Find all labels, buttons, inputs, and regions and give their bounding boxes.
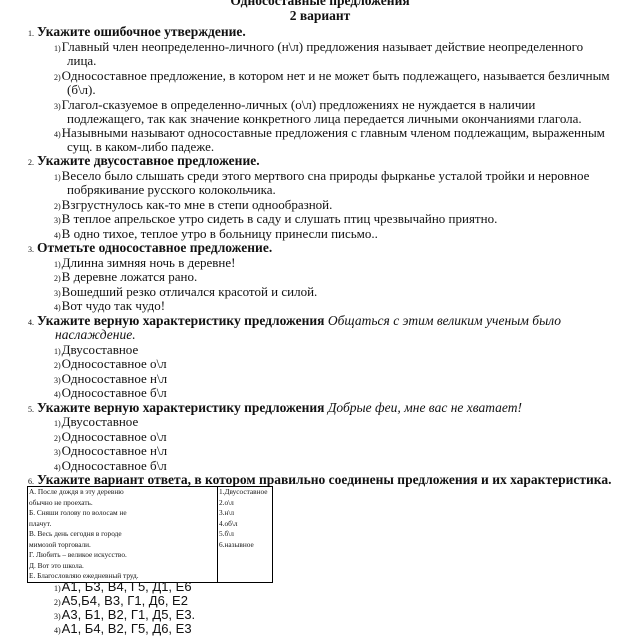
option-continuation: сущ. в каком-либо падеже. bbox=[67, 140, 214, 154]
question-number: 6. bbox=[28, 477, 34, 486]
option-continuation: лица. bbox=[67, 54, 96, 68]
question-6-option-4[interactable]: 4)А1, Б4, В2, Г5, Д6, Е3 bbox=[54, 622, 192, 638]
question-1-option-2[interactable]: 2)Односоставное предложение, в котором н… bbox=[54, 69, 610, 85]
option-continuation: (б\л). bbox=[67, 83, 96, 97]
characteristics-column: 1.Двусоставное 2.о\л 3.н\л 4.об\л 5.б\л … bbox=[218, 487, 273, 583]
question-number: 3. bbox=[28, 245, 34, 254]
variant-label: 2 вариант bbox=[0, 9, 640, 23]
question-1-option-1[interactable]: 1)Главный член неопределенно-личного (н\… bbox=[54, 40, 583, 56]
document-title: Односоставные предложения bbox=[0, 0, 640, 8]
option-continuation: подлежащего, так как значение конкретног… bbox=[67, 112, 582, 126]
question-4-sentence-continuation: наслаждение. bbox=[55, 328, 136, 342]
question-number: 2. bbox=[28, 158, 34, 167]
option-continuation: побрякивание русского колокольчика. bbox=[67, 183, 276, 197]
question-number: 1. bbox=[28, 29, 34, 38]
matching-table: А. После дождя в эту деревню обычно не п… bbox=[27, 486, 273, 583]
question-number: 4. bbox=[28, 318, 34, 327]
question-number: 5. bbox=[28, 405, 34, 414]
sentences-column: А. После дождя в эту деревню обычно не п… bbox=[28, 487, 218, 583]
